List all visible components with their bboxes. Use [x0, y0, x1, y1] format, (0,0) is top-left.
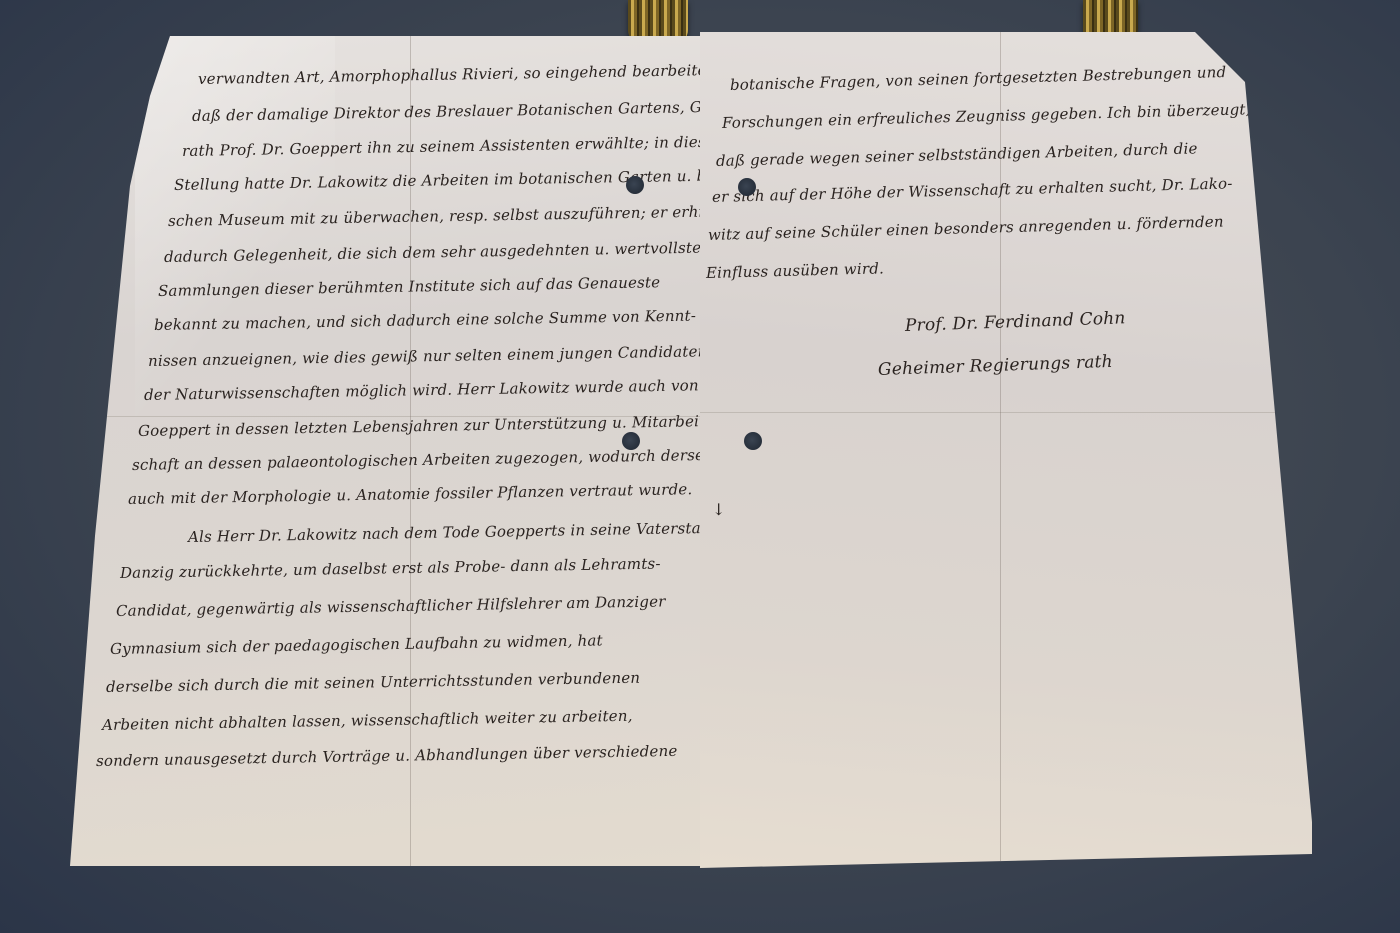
text-line: botanische Fragen, von seinen fortgesetz…: [730, 63, 1227, 94]
signature-name: Prof. Dr. Ferdinand Cohn: [905, 308, 1126, 336]
text-line: Stellung hatte Dr. Lakowitz die Arbeiten…: [174, 166, 751, 194]
punch-hole: [626, 176, 644, 194]
text-line: Arbeiten nicht abhalten lassen, wissensc…: [102, 707, 633, 734]
punch-hole: [622, 432, 640, 450]
fold-line-horizontal: [700, 412, 1312, 413]
text-line: derselbe sich durch die mit seinen Unter…: [106, 669, 640, 696]
signature-title: Geheimer Regierungs rath: [878, 352, 1113, 380]
text-line: bekannt zu machen, und sich dadurch eine…: [154, 307, 696, 334]
text-line: rath Prof. Dr. Goeppert ihn zu seinem As…: [182, 133, 722, 160]
text-line: Candidat, gegenwärtig als wissenschaftli…: [116, 592, 666, 620]
text-line: Danzig zurückkehrte, um daselbst erst al…: [120, 555, 661, 582]
text-line: sondern unausgesetzt durch Vorträge u. A…: [96, 742, 678, 770]
text-line: daß gerade wegen seiner selbstständigen …: [716, 139, 1198, 170]
text-line: Gymnasium sich der paedagogischen Laufba…: [110, 631, 603, 658]
text-line: nissen anzueignen, wie dies gewiß nur se…: [148, 342, 708, 370]
text-line: witz auf seine Schüler einen besonders a…: [708, 212, 1224, 243]
margin-mark: ↓: [712, 500, 725, 519]
text-line: Einfluss ausüben wird.: [706, 259, 884, 282]
text-line: Als Herr Dr. Lakowitz nach dem Tode Goep…: [188, 519, 717, 546]
punch-hole: [738, 178, 756, 196]
text-line: er sich auf der Höhe der Wissenschaft zu…: [712, 174, 1233, 206]
text-line: dadurch Gelegenheit, die sich dem sehr a…: [164, 238, 711, 266]
text-line: der Naturwissenschaften möglich wird. He…: [144, 376, 699, 404]
text-line: verwandten Art, Amorphophallus Rivieri, …: [198, 61, 718, 88]
text-line: schaft an dessen palaeontologischen Arbe…: [132, 446, 728, 474]
letter-page-right: botanische Fragen, von seinen fortgesetz…: [700, 32, 1312, 868]
punch-hole: [744, 432, 762, 450]
text-line: schen Museum mit zu überwachen, resp. se…: [168, 202, 724, 230]
letter-page-left: verwandten Art, Amorphophallus Rivieri, …: [70, 36, 700, 866]
text-line: daß der damalige Direktor des Breslauer …: [192, 97, 766, 125]
text-line: Forschungen ein erfreuliches Zeugniss ge…: [722, 100, 1251, 132]
